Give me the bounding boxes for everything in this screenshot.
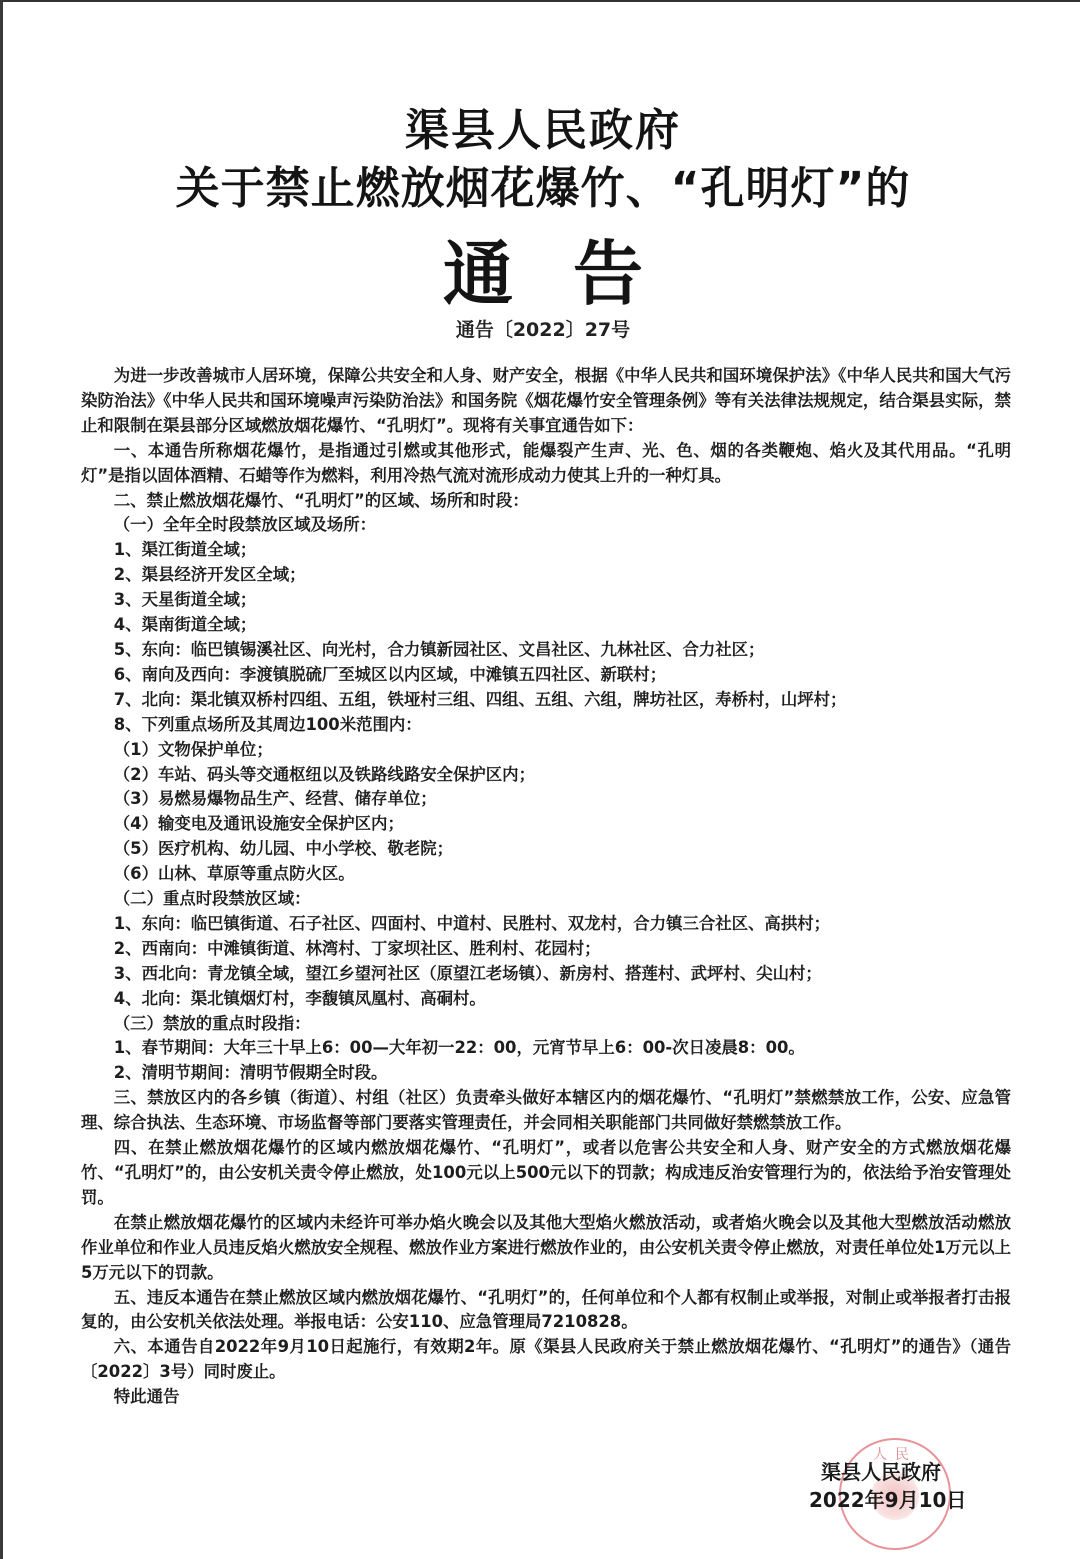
paragraph: 2、渠县经济开发区全域； [81, 563, 1011, 588]
paragraph: 1、渠江街道全域； [81, 538, 1011, 563]
signing-date: 2022年9月10日 [809, 1486, 979, 1514]
paragraph: （6）山林、草原等重点防火区。 [81, 862, 1011, 887]
paragraph: （2）车站、码头等交通枢纽以及铁路线路安全保护区内； [81, 763, 1011, 788]
subject-title: 关于禁止燃放烟花爆竹、“孔明灯”的 [3, 152, 1080, 216]
paragraph: 4、渠南街道全域； [81, 613, 1011, 638]
paragraph: （5）医疗机构、幼儿园、中小学校、敬老院； [81, 837, 1011, 862]
paragraph: 1、东向：临巴镇街道、石子社区、四面村、中道村、民胜村、双龙村，合力镇三合社区、… [81, 912, 1011, 937]
paragraph: （4）输变电及通讯设施安全保护区内； [81, 812, 1011, 837]
paragraph: 为进一步改善城市人居环境，保障公共安全和人身、财产安全，根据《中华人民共和国环境… [81, 364, 1011, 439]
paragraph: 6、南向及西向：李渡镇脱硫厂至城区以内区域，中滩镇五四社区、新联村； [81, 663, 1011, 688]
doc-type-title: 通告 [3, 218, 1080, 319]
paragraph: 四、在禁止燃放烟花爆竹的区域内燃放烟花爆竹、“孔明灯”，或者以危害公共安全和人身… [81, 1136, 1011, 1211]
paragraph: （二）重点时段禁放区域： [81, 887, 1011, 912]
paragraph: 8、下列重点场所及其周边100米范围内： [81, 713, 1011, 738]
paragraph: 3、西北向：青龙镇全域，望江乡望河社区（原望江老场镇）、新房村、搭莲村、武坪村、… [81, 962, 1011, 987]
signature-block: 渠县人民政府 2022年9月10日 [809, 1458, 979, 1514]
paragraph: 5、东向：临巴镇锡溪社区、向光村，合力镇新园社区、文昌社区、九林社区、合力社区； [81, 638, 1011, 663]
paragraph: （一）全年全时段禁放区域及场所： [81, 513, 1011, 538]
paragraph: 三、禁放区内的各乡镇（街道）、村组（社区）负责牵头做好本辖区内的烟花爆竹、“孔明… [81, 1086, 1011, 1136]
document-number: 通告〔2022〕27号 [3, 315, 1080, 342]
paragraph: 3、天星街道全域； [81, 588, 1011, 613]
paragraph: 2、清明节期间：清明节假期全时段。 [81, 1061, 1011, 1086]
paragraph: 1、春节期间：大年三十早上6：00—大年初一22：00，元宵节早上6：00-次日… [81, 1036, 1011, 1061]
signing-organization: 渠县人民政府 [809, 1458, 979, 1486]
paragraph: 7、北向：渠北镇双桥村四组、五组，铁垭村三组、四组、五组、六组，牌坊社区，寿桥村… [81, 688, 1011, 713]
paragraph: 在禁止燃放烟花爆竹的区域内未经许可举办焰火晚会以及其他大型焰火燃放活动，或者焰火… [81, 1211, 1011, 1286]
paragraph: 2、西南向：中滩镇街道、林湾村、丁家坝社区、胜利村、花园村； [81, 937, 1011, 962]
issuer-title: 渠县人民政府 [3, 94, 1080, 158]
paragraph: 一、本通告所称烟花爆竹，是指通过引燃或其他形式，能爆裂产生声、光、色、烟的各类鞭… [81, 439, 1011, 489]
paragraph: 4、北向：渠北镇烟灯村，李馥镇凤凰村、高硐村。 [81, 987, 1011, 1012]
paragraph: 六、本通告自2022年9月10日起施行，有效期2年。原《渠县人民政府关于禁止燃放… [81, 1335, 1011, 1385]
paragraph: （1）文物保护单位； [81, 738, 1011, 763]
paragraph: （3）易燃易爆物品生产、经营、储存单位； [81, 787, 1011, 812]
paragraph: （三）禁放的重点时段指： [81, 1012, 1011, 1037]
notice-body: 为进一步改善城市人居环境，保障公共安全和人身、财产安全，根据《中华人民共和国环境… [81, 364, 1011, 1410]
paragraph: 特此通告 [81, 1385, 1011, 1410]
paragraph: 五、违反本通告在禁止燃放区域内燃放烟花爆竹、“孔明灯”的，任何单位和个人都有权制… [81, 1286, 1011, 1336]
notice-page: 渠县人民政府 关于禁止燃放烟花爆竹、“孔明灯”的 通告 通告〔2022〕27号 … [0, 0, 1080, 1559]
paragraph: 二、禁止燃放烟花爆竹、“孔明灯”的区域、场所和时段： [81, 489, 1011, 514]
